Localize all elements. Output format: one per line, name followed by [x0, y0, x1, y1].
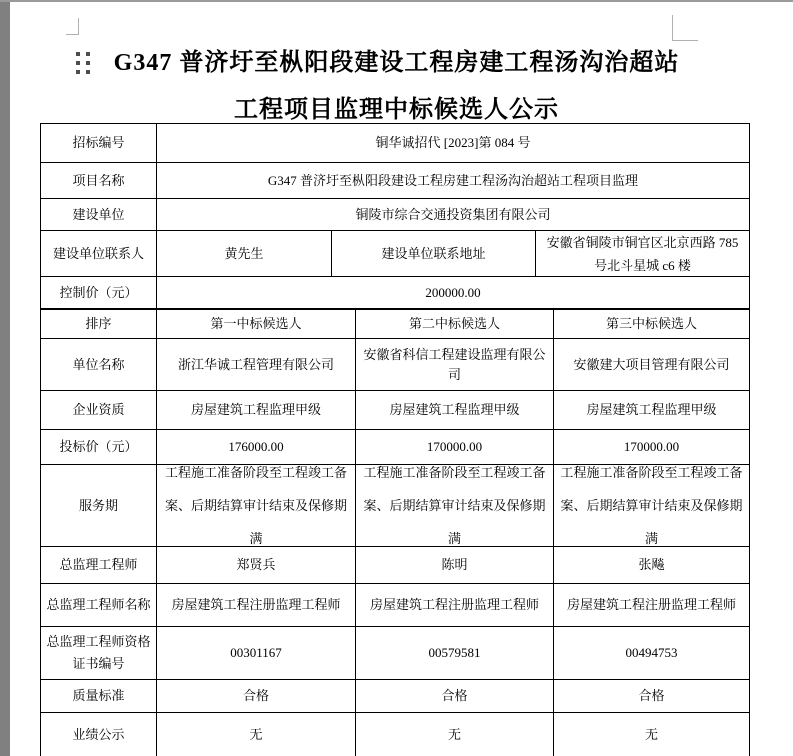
row-label: 总监理工程师资格证书编号 [41, 627, 157, 679]
document-title: G347 普济圩至枞阳段建设工程房建工程汤沟治超站 工程项目监理中标候选人公示 [0, 40, 793, 134]
candidate-2-header: 第二中标候选人 [356, 310, 554, 338]
candidate-2-value: 00579581 [356, 627, 554, 679]
contact-name: 黄先生 [157, 231, 332, 276]
table-row-chief-engineer: 总监理工程师 郑贤兵 陈明 张飚 [41, 547, 749, 584]
table-row-certificate-no: 总监理工程师资格证书编号 00301167 00579581 00494753 [41, 627, 749, 680]
candidate-2-value: 房屋建筑工程注册监理工程师 [356, 584, 554, 626]
candidate-3-value: 张飚 [554, 547, 749, 583]
row-label: 建设单位联系人 [41, 231, 157, 276]
title-line-1: G347 普济圩至枞阳段建设工程房建工程汤沟治超站 [0, 40, 793, 87]
row-label: 控制价（元） [41, 277, 157, 308]
table-row-contact: 建设单位联系人 黄先生 建设单位联系地址 安徽省铜陵市铜官区北京西路 785 号… [41, 231, 749, 277]
candidate-1-value: 00301167 [157, 627, 356, 679]
candidate-2-value: 合格 [356, 680, 554, 712]
row-value: 200000.00 [157, 277, 749, 308]
row-label: 项目名称 [41, 163, 157, 198]
row-value: G347 普济圩至枞阳段建设工程房建工程汤沟治超站工程项目监理 [157, 163, 749, 198]
candidate-2-value: 无 [356, 713, 554, 756]
table-row-project-name: 项目名称 G347 普济圩至枞阳段建设工程房建工程汤沟治超站工程项目监理 [41, 163, 749, 199]
row-label: 总监理工程师名称 [41, 584, 157, 626]
window-top-edge [0, 0, 793, 2]
table-row-rank: 排序 第一中标候选人 第二中标候选人 第三中标候选人 [41, 309, 749, 339]
row-label: 排序 [41, 310, 157, 338]
table-row-quality-standard: 质量标准 合格 合格 合格 [41, 680, 749, 713]
candidate-1-value: 浙江华诚工程管理有限公司 [157, 339, 356, 390]
candidate-2-value: 房屋建筑工程监理甲级 [356, 391, 554, 429]
candidate-1-value: 工程施工准备阶段至工程竣工备案、后期结算审计结束及保修期满 [157, 465, 356, 546]
text-boundary-corner-icon [672, 15, 698, 41]
candidate-1-value: 房屋建筑工程监理甲级 [157, 391, 356, 429]
bid-announcement-table: 招标编号 铜华诚招代 [2023]第 084 号 项目名称 G347 普济圩至枞… [40, 123, 750, 756]
candidate-1-value: 房屋建筑工程注册监理工程师 [157, 584, 356, 626]
candidate-2-value: 安徽省科信工程建设监理有限公司 [356, 339, 554, 390]
row-label: 单位名称 [41, 339, 157, 390]
candidate-3-value: 房屋建筑工程注册监理工程师 [554, 584, 749, 626]
table-row-control-price: 控制价（元） 200000.00 [41, 277, 749, 309]
candidate-3-header: 第三中标候选人 [554, 310, 749, 338]
candidate-1-value: 无 [157, 713, 356, 756]
candidate-1-header: 第一中标候选人 [157, 310, 356, 338]
table-row-company-name: 单位名称 浙江华诚工程管理有限公司 安徽省科信工程建设监理有限公司 安徽建大项目… [41, 339, 749, 391]
table-row-chief-engineer-title: 总监理工程师名称 房屋建筑工程注册监理工程师 房屋建筑工程注册监理工程师 房屋建… [41, 584, 749, 627]
row-label: 建设单位 [41, 199, 157, 230]
row-label: 企业资质 [41, 391, 157, 429]
table-row-performance: 业绩公示 无 无 无 [41, 713, 749, 756]
candidate-1-value: 合格 [157, 680, 356, 712]
row-label: 服务期 [41, 465, 157, 546]
candidate-3-value: 00494753 [554, 627, 749, 679]
row-label: 投标价（元） [41, 430, 157, 464]
row-label: 业绩公示 [41, 713, 157, 756]
address-label: 建设单位联系地址 [332, 231, 536, 276]
candidate-1-value: 郑贤兵 [157, 547, 356, 583]
candidate-2-value: 工程施工准备阶段至工程竣工备案、后期结算审计结束及保修期满 [356, 465, 554, 546]
candidate-2-value: 陈明 [356, 547, 554, 583]
row-label: 招标编号 [41, 124, 157, 162]
candidate-3-value: 房屋建筑工程监理甲级 [554, 391, 749, 429]
candidate-3-value: 无 [554, 713, 749, 756]
row-label: 质量标准 [41, 680, 157, 712]
table-row-tender-no: 招标编号 铜华诚招代 [2023]第 084 号 [41, 124, 749, 163]
row-label: 总监理工程师 [41, 547, 157, 583]
candidate-3-value: 工程施工准备阶段至工程竣工备案、后期结算审计结束及保修期满 [554, 465, 749, 546]
table-row-qualification: 企业资质 房屋建筑工程监理甲级 房屋建筑工程监理甲级 房屋建筑工程监理甲级 [41, 391, 749, 430]
table-row-owner: 建设单位 铜陵市综合交通投资集团有限公司 [41, 199, 749, 231]
address-value: 安徽省铜陵市铜官区北京西路 785 号北斗星城 c6 楼 [536, 231, 749, 276]
table-row-service-period: 服务期 工程施工准备阶段至工程竣工备案、后期结算审计结束及保修期满 工程施工准备… [41, 465, 749, 547]
row-value: 铜陵市综合交通投资集团有限公司 [157, 199, 749, 230]
candidate-3-value: 安徽建大项目管理有限公司 [554, 339, 749, 390]
text-boundary-corner-icon [66, 18, 79, 35]
row-value: 铜华诚招代 [2023]第 084 号 [157, 124, 749, 162]
candidate-3-value: 合格 [554, 680, 749, 712]
